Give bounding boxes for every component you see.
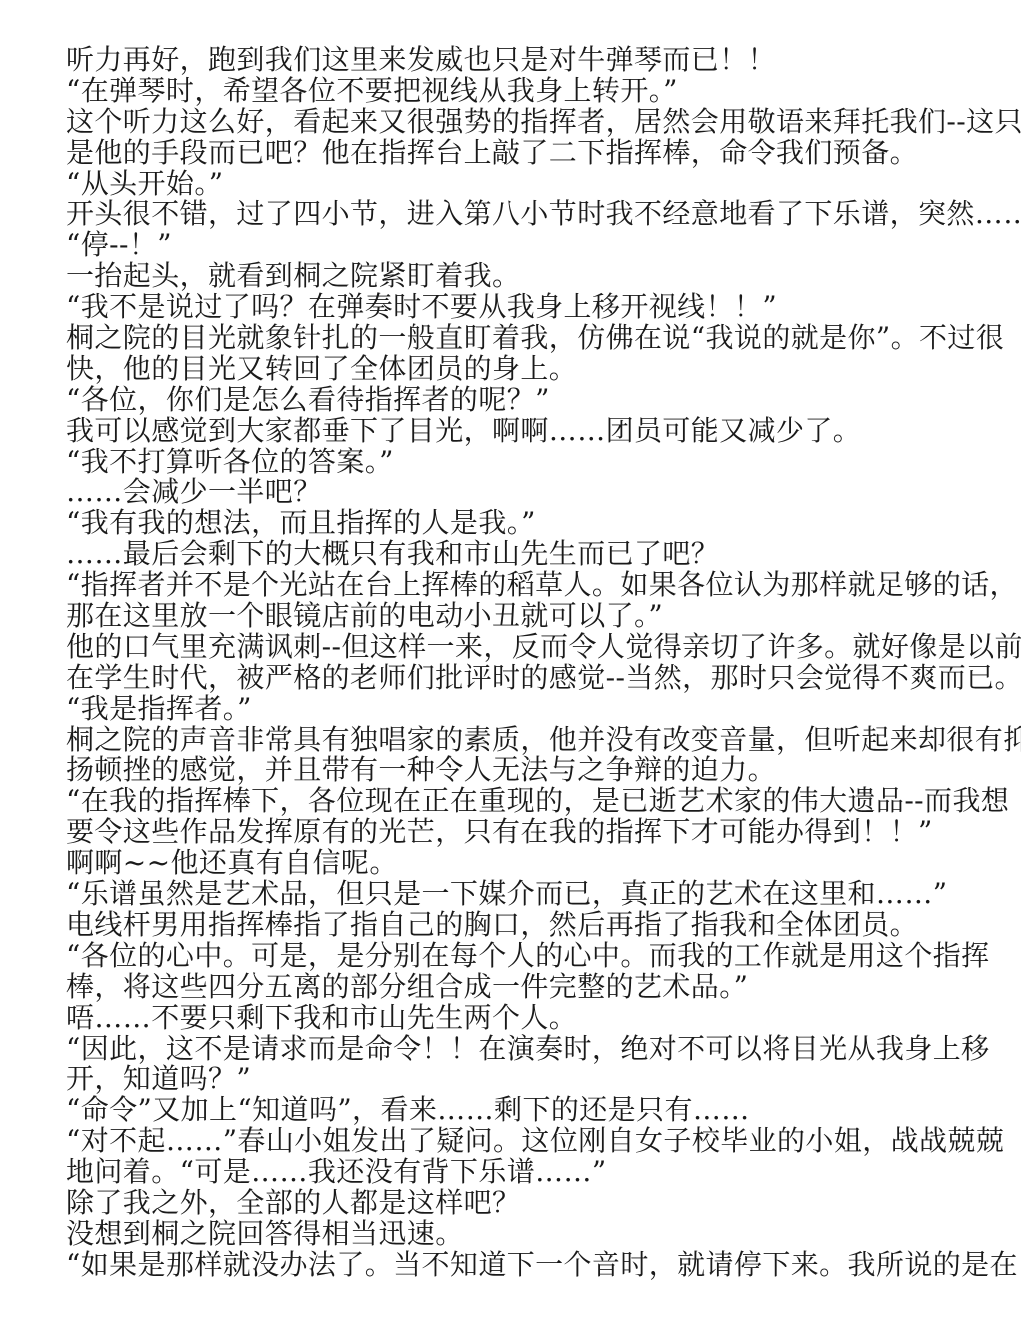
text-line: “我是指挥者。” <box>66 694 956 725</box>
text-line: “我不是说过了吗？在弹奏时不要从我身上移开视线！！” <box>66 292 956 323</box>
text-line: 除了我之外，全部的人都是这样吧？ <box>66 1188 956 1219</box>
text-line: “如果是那样就没办法了。当不知道下一个音时，就请停下来。我所说的是在 <box>66 1250 956 1281</box>
text-line: 桐之院的声音非常具有独唱家的素质，他并没有改变音量，但听起来却很有抑 <box>66 725 956 756</box>
text-line: “命令”又加上“知道吗”，看来……剩下的还是只有…… <box>66 1095 956 1126</box>
document-page: 听力再好，跑到我们这里来发威也只是对牛弹琴而已！！ “在弹琴时，希望各位不要把视… <box>66 45 956 1281</box>
text-line: “停--！” <box>66 230 956 261</box>
text-line: 那在这里放一个眼镜店前的电动小丑就可以了。” <box>66 601 956 632</box>
text-line: 我可以感觉到大家都垂下了目光，啊啊……团员可能又减少了。 <box>66 416 956 447</box>
text-line: 扬顿挫的感觉，并且带有一种令人无法与之争辩的迫力。 <box>66 755 956 786</box>
text-line: “各位的心中。可是，是分别在每个人的心中。而我的工作就是用这个指挥 <box>66 941 956 972</box>
text-line: 他的口气里充满讽刺--但这样一来，反而令人觉得亲切了许多。就好像是以前 <box>66 632 956 663</box>
text-line: 一抬起头，就看到桐之院紧盯着我。 <box>66 261 956 292</box>
text-line: “指挥者并不是个光站在台上挥棒的稻草人。如果各位认为那样就足够的话， <box>66 570 956 601</box>
text-line: 在学生时代，被严格的老师们批评时的感觉--当然，那时只会觉得不爽而已。 <box>66 663 956 694</box>
text-line: 要令这些作品发挥原有的光芒，只有在我的指挥下才可能办得到！！” <box>66 817 956 848</box>
text-line: ……最后会剩下的大概只有我和市山先生而已了吧？ <box>66 539 956 570</box>
text-line: 这个听力这么好，看起来又很强势的指挥者，居然会用敬语来拜托我们--这只 <box>66 107 956 138</box>
text-line: 地问着。“可是……我还没有背下乐谱……” <box>66 1157 956 1188</box>
text-line: “我不打算听各位的答案。” <box>66 447 956 478</box>
text-line: “因此，这不是请求而是命令！！在演奏时，绝对不可以将目光从我身上移 <box>66 1034 956 1065</box>
text-line: 开头很不错，过了四小节，进入第八小节时我不经意地看了下乐谱，突然…… <box>66 199 956 230</box>
text-line: 没想到桐之院回答得相当迅速。 <box>66 1219 956 1250</box>
text-line: 开，知道吗？” <box>66 1064 956 1095</box>
text-line: ……会减少一半吧？ <box>66 477 956 508</box>
text-line: 棒，将这些四分五离的部分组合成一件完整的艺术品。” <box>66 972 956 1003</box>
text-line: 是他的手段而已吧？他在指挥台上敲了二下指挥棒，命令我们预备。 <box>66 138 956 169</box>
text-line: “在我的指挥棒下，各位现在正在重现的，是已逝艺术家的伟大遗品--而我想 <box>66 786 956 817</box>
text-line: 快，他的目光又转回了全体团员的身上。 <box>66 354 956 385</box>
text-line: “从头开始。” <box>66 169 956 200</box>
text-line: 唔……不要只剩下我和市山先生两个人。 <box>66 1003 956 1034</box>
text-line: “我有我的想法，而且指挥的人是我。” <box>66 508 956 539</box>
text-line: 电线杆男用指挥棒指了指自己的胸口，然后再指了指我和全体团员。 <box>66 910 956 941</box>
text-line: “各位，你们是怎么看待指挥者的呢？” <box>66 385 956 416</box>
text-line: 听力再好，跑到我们这里来发威也只是对牛弹琴而已！！ <box>66 45 956 76</box>
text-line: 啊啊~~他还真有自信呢。 <box>66 848 956 879</box>
text-line: 桐之院的目光就象针扎的一般直盯着我，仿佛在说“我说的就是你”。不过很 <box>66 323 956 354</box>
text-line: “乐谱虽然是艺术品，但只是一下媒介而已，真正的艺术在这里和……” <box>66 879 956 910</box>
text-line: “在弹琴时，希望各位不要把视线从我身上转开。” <box>66 76 956 107</box>
text-line: “对不起……”春山小姐发出了疑问。这位刚自女子校毕业的小姐，战战兢兢 <box>66 1126 956 1157</box>
